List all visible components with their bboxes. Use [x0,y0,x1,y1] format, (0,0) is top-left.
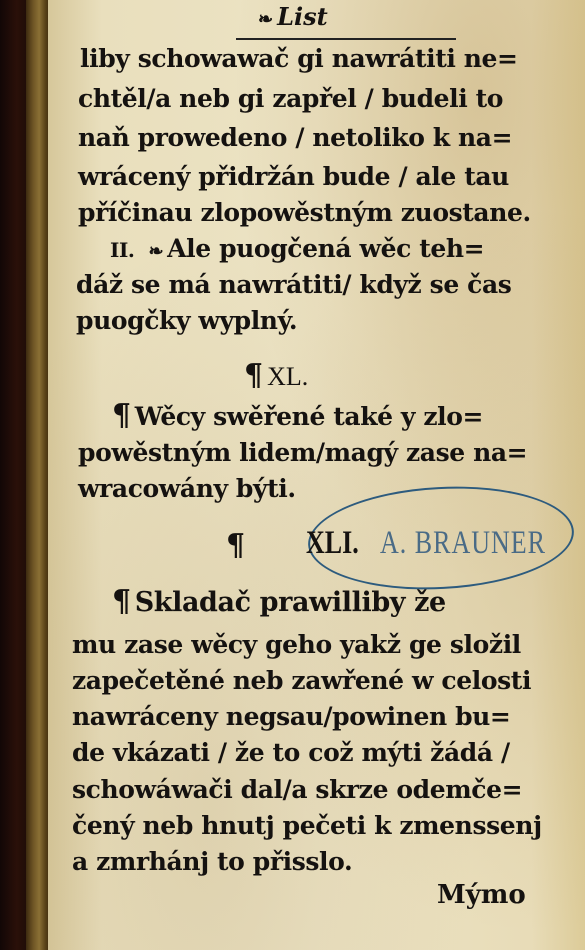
pilcrow-icon: ¶ [226,528,245,563]
text-line: nawráceny negsau/powinen bu= [72,702,510,731]
text-line: dáž se má nawrátiti/ když se čas [76,270,511,299]
section-heading-xli: ¶XLI. [226,528,249,563]
text-line: zapečetěné neb zawřené w celosti [72,666,531,695]
paragraph-2-first-line: II.❧Ale puogčená wěc teh= [110,234,484,263]
pilcrow-icon: ¶ [112,584,131,619]
stamp-text: A. BRAUNER [380,524,546,562]
text-line: liby schowawač gi nawrátiti ne= [80,44,518,73]
text-line: a zmrhánj to přisslo. [72,847,352,876]
text-line: příčinau zlopowěstným zuostane. [78,198,531,227]
section-number: XL. [267,362,308,391]
page-edge [26,0,50,950]
text-line: schowáwači dal/a skrze odemče= [72,775,522,804]
fleuron-icon: ❧ [258,9,273,30]
text-line: naň prowedeno / netoliko k na= [78,123,512,152]
pilcrow-icon: ¶ [112,398,131,433]
text-line: mu zase wěcy geho yakž ge složil [72,630,521,659]
text-line: wrácený přidržán bude / ale tau [78,162,509,191]
text-line: čený neb hnutj pečeti k zmenssenj [72,811,542,840]
section-xli-first-line: ¶Skladač prawilliby že [112,584,446,619]
book-page: ❧List liby schowawač gi nawrátiti ne= ch… [48,0,585,950]
section-heading-xl: ¶XL. [244,358,308,393]
section-number-xli: XLI. [306,524,359,562]
section-xl-first-line: ¶Wěcy swěřené také y zlo= [112,398,483,433]
text-line: chtěl/a neb gi zapřel / budeli to [78,84,503,113]
head-rule [236,38,456,40]
pilcrow-icon: ¶ [244,358,263,393]
running-head-text: List [277,2,328,31]
text-line: powěstným lidem/magý zase na= [78,438,527,467]
text-line: de vkázati / že to což mýti žádá / [72,738,510,767]
text-line: Skladač prawilliby že [135,587,446,618]
book-binding [0,0,28,950]
paragraph-number: II. [110,238,134,262]
running-head: ❧List [258,2,328,31]
text-line: puogčky wyplný. [76,306,297,335]
text-line: Wěcy swěřené také y zlo= [135,402,483,431]
text-line: wracowány býti. [78,474,296,503]
text-line: Ale puogčená wěc teh= [167,234,484,263]
fleuron-icon: ❧ [148,241,163,262]
catchword: Mýmo [437,880,526,910]
